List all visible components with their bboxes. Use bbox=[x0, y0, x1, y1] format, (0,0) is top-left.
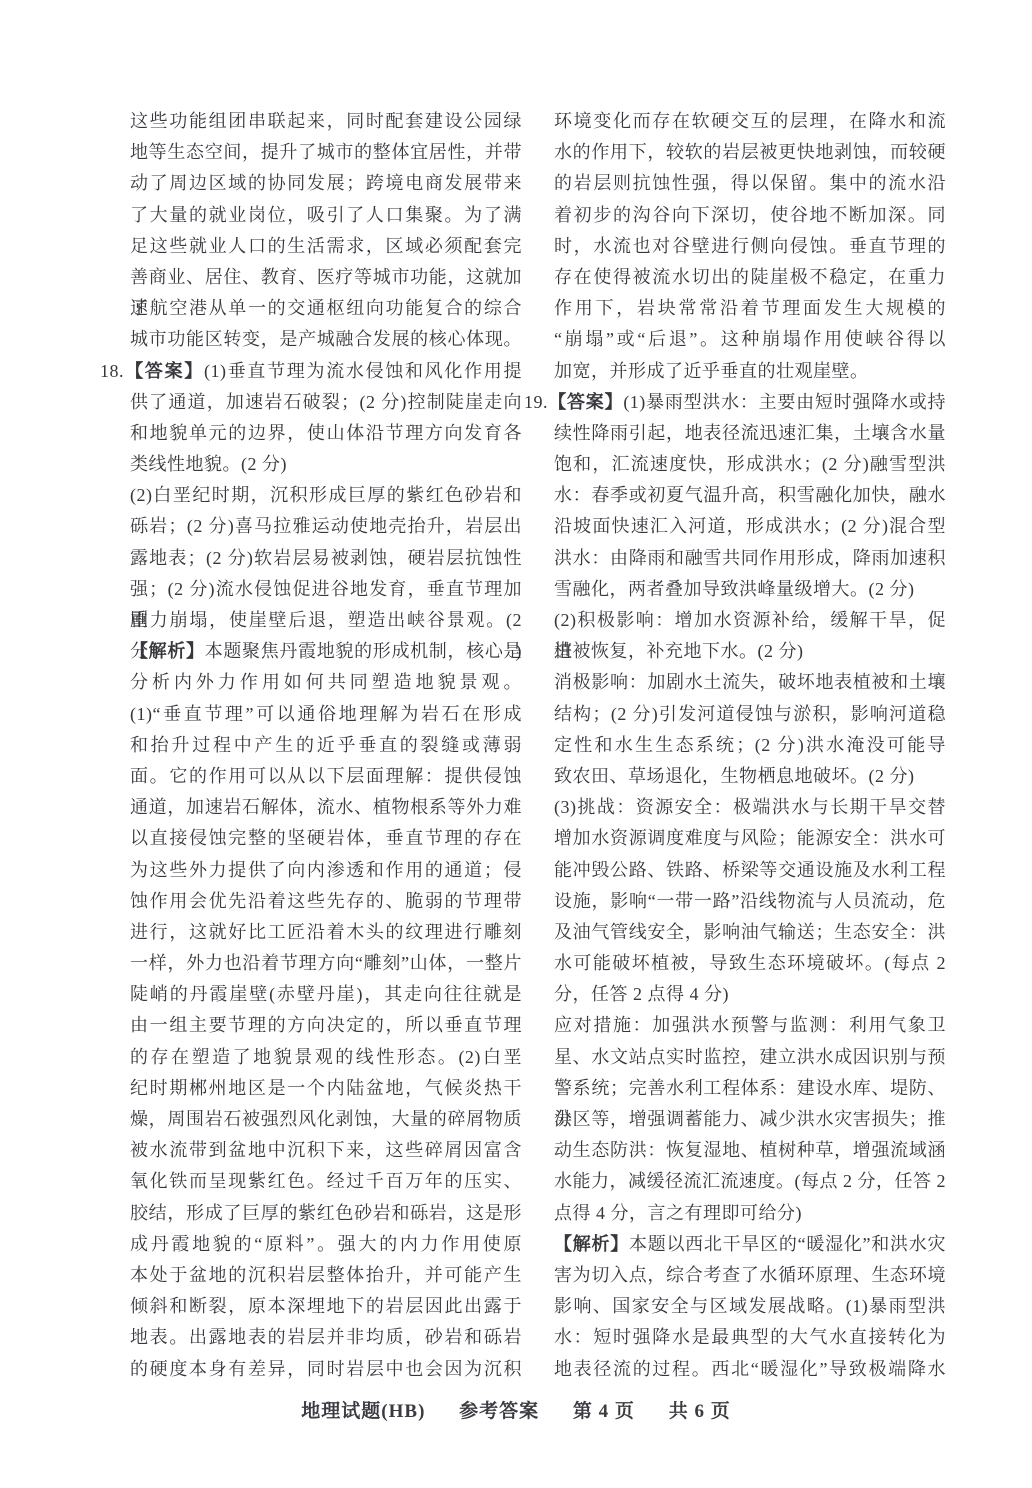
text-line: 类线性地貌。(2 分) bbox=[100, 449, 522, 480]
footer-page-number: 第 4 页 bbox=[573, 1401, 635, 1422]
text-line: 地等生态空间，提升了城市的整体宜居性，并带 bbox=[100, 137, 522, 168]
text-line: 供了通道，加速岩石破裂；(2 分)控制陡崖走向 bbox=[100, 387, 522, 418]
text-line: 的存在塑造了地貌景观的线性形态。(2)白垩 bbox=[100, 1042, 522, 1073]
answer-key-page: 这些功能组团串联起来，同时配套建设公园绿地等生态空间，提升了城市的整体宜居性，并… bbox=[0, 0, 1032, 1488]
text-line: 消极影响：加剧水土流失，破坏地表植被和土壤 bbox=[524, 667, 946, 698]
text-line: 植被恢复，补充地下水。(2 分) bbox=[524, 636, 946, 667]
text-line: 洪区等，增强调蓄能力、减少洪水灾害损失；推 bbox=[524, 1104, 946, 1135]
text-line: 水可能破坏植被，导致生态环境破坏。(每点 2 bbox=[524, 948, 946, 979]
text-line: 18.【答案】(1)垂直节理为流水侵蚀和风化作用提 bbox=[100, 356, 522, 387]
text-line: 【解析】本题聚焦丹霞地貌的形成机制，核心是 bbox=[100, 636, 522, 667]
text-line: 警系统；完善水利工程体系：建设水库、堤防、分 bbox=[524, 1073, 946, 1104]
footer-section-label: 参考答案 bbox=[459, 1401, 539, 1422]
text-line: 强；(2 分)流水侵蚀促进谷地发育，垂直节理加剧 bbox=[100, 574, 522, 605]
text-line: 被水流带到盆地中沉积下来，这些碎屑因富含 bbox=[100, 1135, 522, 1166]
text-line: 环境变化而存在软硬交互的层理，在降水和流 bbox=[524, 106, 946, 137]
text-line: 露地表；(2 分)软岩层易被剥蚀，硬岩层抗蚀性 bbox=[100, 543, 522, 574]
text-line: (2)白垩纪时期，沉积形成巨厚的紫红色砂岩和 bbox=[100, 480, 522, 511]
text-line: 增加水资源调度难度与风险；能源安全：洪水可 bbox=[524, 823, 946, 854]
footer-doc-title: 地理试题(HB) bbox=[301, 1401, 425, 1422]
answer-tag: 【答案】 bbox=[548, 392, 623, 412]
text-line: 水的作用下，较软的岩层被更快地剥蚀，而较硬 bbox=[524, 137, 946, 168]
text-line: 续性降雨引起，地表径流迅速汇集，土壤含水量 bbox=[524, 418, 946, 449]
text-line: 成丹霞地貌的“原料”。强大的内力作用使原 bbox=[100, 1229, 522, 1260]
text-line: 面。它的作用可以从以下层面理解：提供侵蚀 bbox=[100, 761, 522, 792]
text-line: 洪水：由降雨和融雪共同作用形成，降雨加速积 bbox=[524, 543, 946, 574]
text-line: 分析内外力作用如何共同塑造地貌景观。 bbox=[100, 667, 522, 698]
text-line: 结构；(2 分)引发河道侵蚀与淤积，影响河道稳 bbox=[524, 699, 946, 730]
text-line: 纪时期郴州地区是一个内陆盆地，气候炎热干 bbox=[100, 1073, 522, 1104]
text-line: 19.【答案】(1)暴雨型洪水：主要由短时强降水或持 bbox=[524, 387, 946, 418]
text-line: 作用下，岩块常常沿着节理面发生大规模的 bbox=[524, 293, 946, 324]
text-line: 【解析】本题以西北干旱区的“暖湿化”和洪水灾 bbox=[524, 1229, 946, 1260]
answer-tag: 【解析】 bbox=[130, 641, 205, 661]
text-line: 沿坡面快速汇入河道，形成洪水；(2 分)混合型 bbox=[524, 511, 946, 542]
text-line: 进行，这就好比工匠沿着木头的纹理进行雕刻 bbox=[100, 917, 522, 948]
text-line: 胶结，形成了巨厚的紫红色砂岩和砾岩，这是形 bbox=[100, 1198, 522, 1229]
text-line: 地表径流的过程。西北“暖湿化”导致极端降水 bbox=[524, 1354, 946, 1385]
text-line: 的岩层则抗蚀性强，得以保留。集中的流水沿 bbox=[524, 168, 946, 199]
text-line: 饱和，汇流速度快，形成洪水；(2 分)融雪型洪 bbox=[524, 449, 946, 480]
right-column: 环境变化而存在软硬交互的层理，在降水和流水的作用下，较软的岩层被更快地剥蚀，而较… bbox=[524, 106, 946, 1385]
text-line: 了航空港从单一的交通枢纽向功能复合的综合 bbox=[100, 293, 522, 324]
text-line: 致农田、草场退化，生物栖息地破坏。(2 分) bbox=[524, 761, 946, 792]
text-line: 水能力，减缓径流汇流速度。(每点 2 分，任答 2 bbox=[524, 1166, 946, 1197]
text-line: 和抬升过程中产生的近乎垂直的裂缝或薄弱 bbox=[100, 730, 522, 761]
text-line: 及油气管线安全，影响油气输送；生态安全：洪 bbox=[524, 917, 946, 948]
text-line: 为这些外力提供了向内渗透和作用的通道；侵 bbox=[100, 855, 522, 886]
text-line: 一样，外力也沿着节理方向“雕刻”山体，一整片 bbox=[100, 948, 522, 979]
text-line: (1)“垂直节理”可以通俗地理解为岩石在形成 bbox=[100, 699, 522, 730]
text-line: 加宽，并形成了近乎垂直的壮观崖壁。 bbox=[524, 356, 946, 387]
text-line: 善商业、居住、教育、医疗等城市功能，这就加速 bbox=[100, 262, 522, 293]
text-line: 了大量的就业岗位，吸引了人口集聚。为了满 bbox=[100, 200, 522, 231]
text-line: 倾斜和断裂，原本深埋地下的岩层因此出露于 bbox=[100, 1291, 522, 1322]
text-line: 动了周边区域的协同发展；跨境电商发展带来 bbox=[100, 168, 522, 199]
text-line: 氧化铁而呈现紫红色。经过千百万年的压实、 bbox=[100, 1166, 522, 1197]
answer-tag: 【解析】 bbox=[554, 1234, 629, 1254]
text-line: 动生态防洪：恢复湿地、植树种草，增强流域涵 bbox=[524, 1135, 946, 1166]
text-line: 雪融化，两者叠加导致洪峰量级增大。(2 分) bbox=[524, 574, 946, 605]
page-footer: 地理试题(HB) 参考答案 第 4 页 共 6 页 bbox=[0, 1396, 1032, 1423]
text-line: 点得 4 分，言之有理即可给分) bbox=[524, 1198, 946, 1229]
text-line: 时，水流也对谷壁进行侧向侵蚀。垂直节理的 bbox=[524, 231, 946, 262]
text-line: 星、水文站点实时监控，建立洪水成因识别与预 bbox=[524, 1042, 946, 1073]
text-line: “崩塌”或“后退”。这种崩塌作用使峡谷得以 bbox=[524, 324, 946, 355]
text-line: 设施，影响“一带一路”沿线物流与人员流动，危 bbox=[524, 886, 946, 917]
text-line: 燥，周围岩石被强烈风化剥蚀，大量的碎屑物质 bbox=[100, 1104, 522, 1135]
text-line: 足这些就业人口的生活需求，区域必须配套完 bbox=[100, 231, 522, 262]
text-line: 陡峭的丹霞崖壁(赤壁丹崖)，其走向往往就是 bbox=[100, 979, 522, 1010]
text-line: 通道，加速岩石解体，流水、植物根系等外力难 bbox=[100, 792, 522, 823]
text-line: 和地貌单元的边界，使山体沿节理方向发育各 bbox=[100, 418, 522, 449]
text-line: 城市功能区转变，是产城融合发展的核心体现。 bbox=[100, 324, 522, 355]
text-line: 存在使得被流水切出的陡崖极不稳定，在重力 bbox=[524, 262, 946, 293]
left-column: 这些功能组团串联起来，同时配套建设公园绿地等生态空间，提升了城市的整体宜居性，并… bbox=[100, 106, 522, 1385]
text-line: 着初步的沟谷向下深切，使谷地不断加深。同 bbox=[524, 200, 946, 231]
text-line: 定性和水生生态系统；(2 分)洪水淹没可能导 bbox=[524, 730, 946, 761]
answer-tag: 【答案】 bbox=[124, 361, 204, 381]
text-line: 这些功能组团串联起来，同时配套建设公园绿 bbox=[100, 106, 522, 137]
text-line: 害为切入点，综合考查了水循环原理、生态环境 bbox=[524, 1260, 946, 1291]
text-line: 蚀作用会优先沿着这些先存的、脆弱的节理带 bbox=[100, 886, 522, 917]
text-line: (3)挑战：资源安全：极端洪水与长期干旱交替 bbox=[524, 792, 946, 823]
text-line: 分，任答 2 点得 4 分) bbox=[524, 979, 946, 1010]
text-line: 由一组主要节理的方向决定的，所以垂直节理 bbox=[100, 1010, 522, 1041]
text-line: 本处于盆地的沉积岩层整体抬升，并可能产生 bbox=[100, 1260, 522, 1291]
text-line: 水：春季或初夏气温升高，积雪融化加快，融水 bbox=[524, 480, 946, 511]
text-line: 应对措施：加强洪水预警与监测：利用气象卫 bbox=[524, 1010, 946, 1041]
text-line: 重力崩塌，使崖壁后退，塑造出峡谷景观。(2 分) bbox=[100, 605, 522, 636]
text-line: 影响、国家安全与区域发展战略。(1)暴雨型洪 bbox=[524, 1291, 946, 1322]
text-line: 的硬度本身有差异，同时岩层中也会因为沉积 bbox=[100, 1354, 522, 1385]
text-line: 地表。出露地表的岩层并非均质，砂岩和砾岩 bbox=[100, 1322, 522, 1353]
text-line: 以直接侵蚀完整的坚硬岩体，垂直节理的存在 bbox=[100, 823, 522, 854]
text-line: (2)积极影响：增加水资源补给，缓解干旱，促进 bbox=[524, 605, 946, 636]
text-line: 水：短时强降水是最典型的大气水直接转化为 bbox=[524, 1322, 946, 1353]
footer-page-total: 共 6 页 bbox=[669, 1401, 731, 1422]
text-line: 砾岩；(2 分)喜马拉雅运动使地壳抬升，岩层出 bbox=[100, 511, 522, 542]
text-line: 能冲毁公路、铁路、桥梁等交通设施及水利工程 bbox=[524, 855, 946, 886]
